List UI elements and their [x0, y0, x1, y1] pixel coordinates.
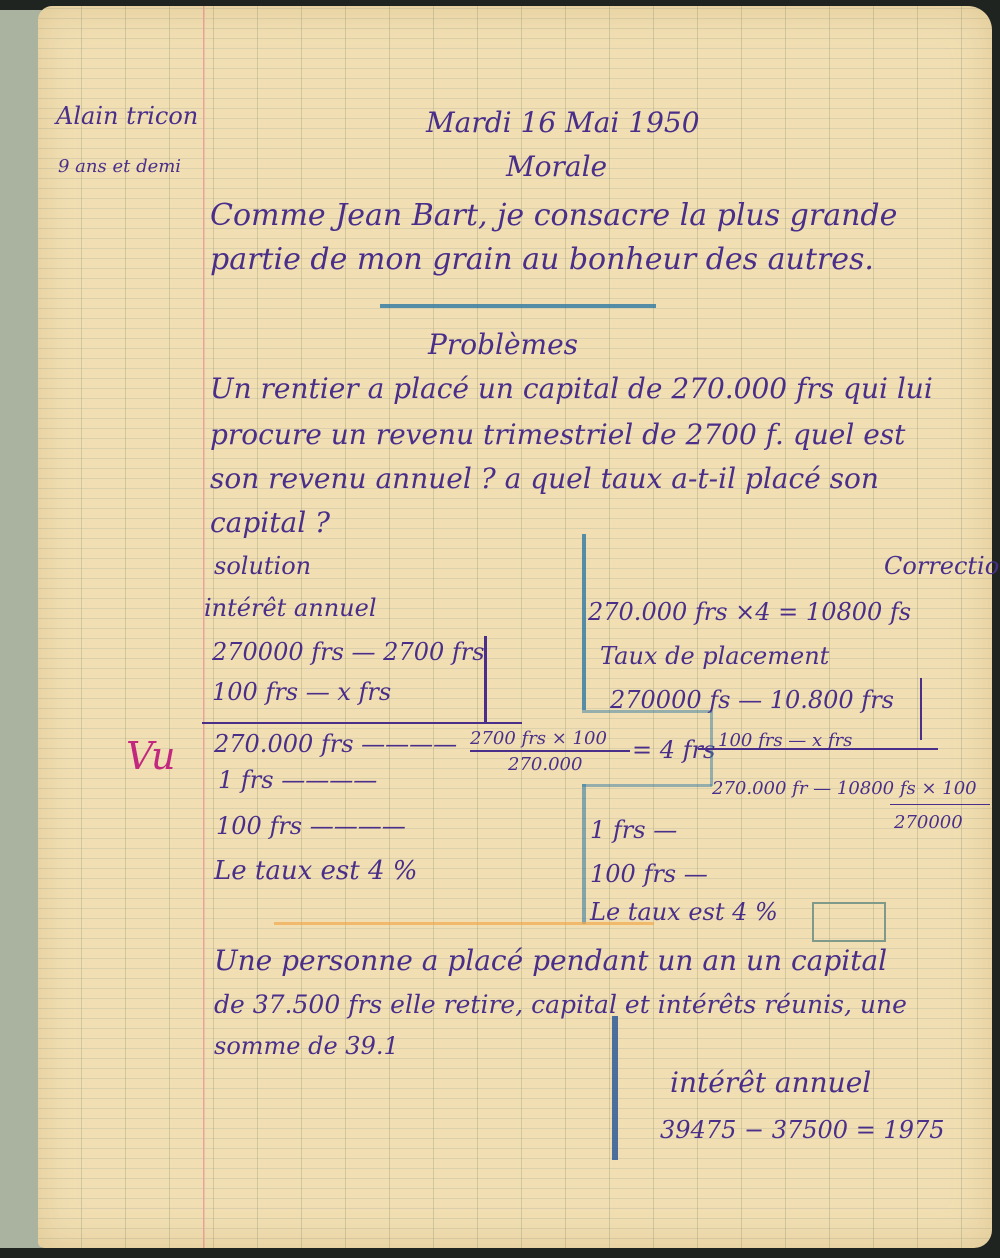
fraction-result: = 4 frs: [632, 736, 715, 764]
correction-line-1: 270.000 frs ×4 = 10800 fs: [588, 598, 911, 626]
correction-line-7: 1 frs —: [590, 816, 677, 844]
solution-line-1: 270000 frs — 2700 frs: [212, 638, 485, 666]
problem1-line-1: Un rentier a placé un capital de 270.000…: [210, 372, 933, 405]
morale-line-1: Comme Jean Bart, je consacre la plus gra…: [210, 198, 897, 233]
problem1-line-4: capital ?: [210, 506, 330, 539]
correction-bracket: [920, 678, 922, 740]
blue-pencil-stroke: [612, 1016, 618, 1160]
problem2-work-line: 39475 − 37500 = 1975: [660, 1116, 945, 1144]
section-divider: [380, 304, 656, 308]
solution-label: solution: [214, 552, 311, 580]
problem2-work-heading: intérêt annuel: [670, 1066, 871, 1099]
column-divider-jog-3: [582, 784, 712, 787]
problem1-line-2: procure un revenu trimestriel de 2700 f.…: [210, 418, 905, 451]
fraction-bar: [470, 750, 630, 752]
fraction-numerator: 2700 frs × 100: [470, 728, 607, 749]
column-divider-top: [582, 534, 586, 710]
subject-title: Morale: [506, 150, 607, 183]
problems-title: Problèmes: [428, 328, 578, 361]
solution-line-3: 270.000 frs ————: [214, 730, 457, 758]
page-date: Mardi 16 Mai 1950: [426, 106, 700, 139]
correction-line-2: Taux de placement: [600, 642, 829, 670]
correction-line-8: 100 frs —: [590, 860, 708, 888]
solution-rule: [202, 722, 522, 724]
problem2-line-3: somme de 39.1: [214, 1032, 399, 1060]
correction-rule: [698, 748, 938, 750]
correction-line-5: 270.000 fr — 10800 fs × 100: [712, 778, 977, 799]
solution-line-4: 1 frs ————: [218, 766, 377, 794]
correction-fraction-bar: [890, 804, 990, 805]
correction-label: Correction: [884, 552, 1000, 580]
correction-line-6: 270000: [894, 812, 963, 833]
morale-line-2: partie de mon grain au bonheur des autre…: [210, 242, 874, 277]
student-name: Alain tricon: [56, 102, 198, 130]
correction-line-3: 270000 fs — 10.800 frs: [610, 686, 894, 714]
problem1-line-3: son revenu annuel ? a quel taux a-t-il p…: [210, 462, 879, 495]
fraction-denominator: 270.000: [508, 754, 582, 775]
solution-result: Le taux est 4 %: [214, 856, 418, 886]
solution-bracket: [484, 636, 487, 722]
correction-line-9: Le taux est 4 %: [590, 898, 778, 926]
solution-line-2: 100 frs — x frs: [212, 678, 391, 706]
solution-line-5: 100 frs ————: [216, 812, 406, 840]
student-age: 9 ans et demi: [58, 156, 181, 177]
teacher-check-mark: Vu: [126, 734, 176, 778]
solution-heading: intérêt annuel: [204, 594, 377, 622]
column-divider-bottom: [582, 784, 586, 924]
notebook-page: Alain tricon 9 ans et demi Mardi 16 Mai …: [38, 6, 992, 1248]
answer-box: [812, 902, 886, 942]
problem2-line-2: de 37.500 frs elle retire, capital et in…: [214, 990, 907, 1019]
problem2-line-1: Une personne a placé pendant un an un ca…: [214, 944, 887, 977]
